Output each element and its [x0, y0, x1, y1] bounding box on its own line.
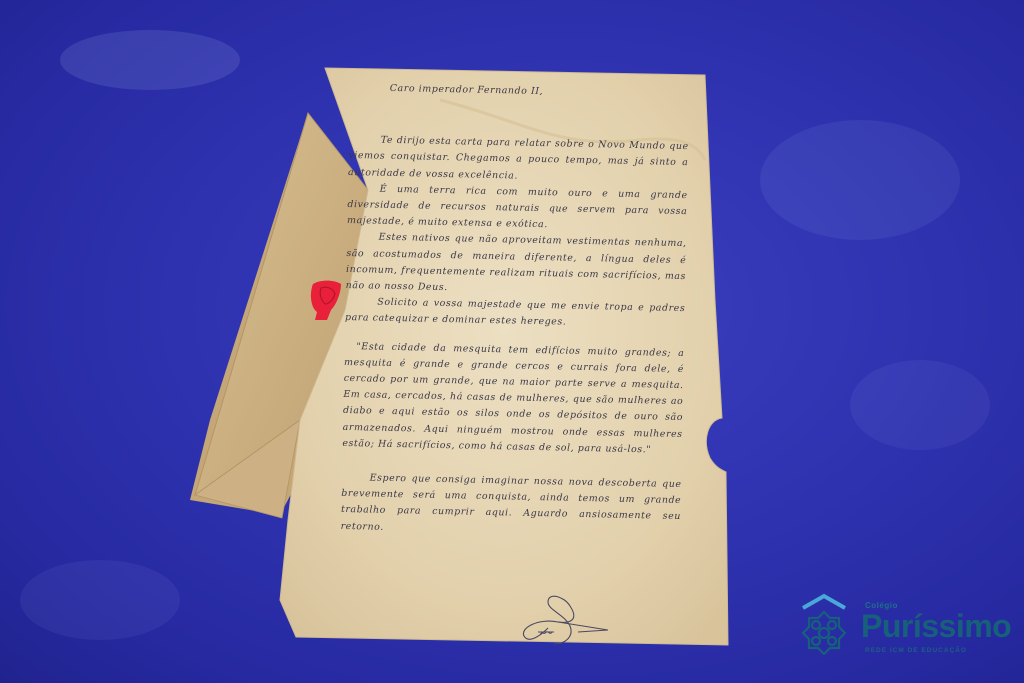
- photo-scene: Caro imperador Fernando II, Te dirijo es…: [0, 0, 1024, 683]
- letter-paragraph: Estes nativos que não aproveitam vestime…: [346, 229, 687, 301]
- school-logo: Colégio Puríssimo REDE ICM DE EDUCAÇÃO: [797, 592, 1017, 662]
- letter-quote: "Esta cidade da mesquita tem edifícios m…: [342, 339, 684, 460]
- red-wax-seal: [307, 278, 343, 322]
- star-lattice-roof-icon: [797, 592, 853, 658]
- logo-name: Puríssimo: [861, 608, 1011, 644]
- letter-closing: Espero que consiga imaginar nossa nova d…: [340, 470, 681, 542]
- letter-handwriting: Caro imperador Fernando II, Te dirijo es…: [340, 80, 689, 542]
- logo-tagline: REDE ICM DE EDUCAÇÃO: [865, 647, 967, 654]
- letter-paragraph: Te dirijo esta carta para relatar sobre …: [348, 132, 689, 188]
- letter-paragraph: É uma terra rica com muito ouro e uma gr…: [347, 181, 688, 237]
- signature-icon: [518, 588, 618, 648]
- letter-paragraph: Solicito a vossa majestade que me envie …: [345, 294, 686, 334]
